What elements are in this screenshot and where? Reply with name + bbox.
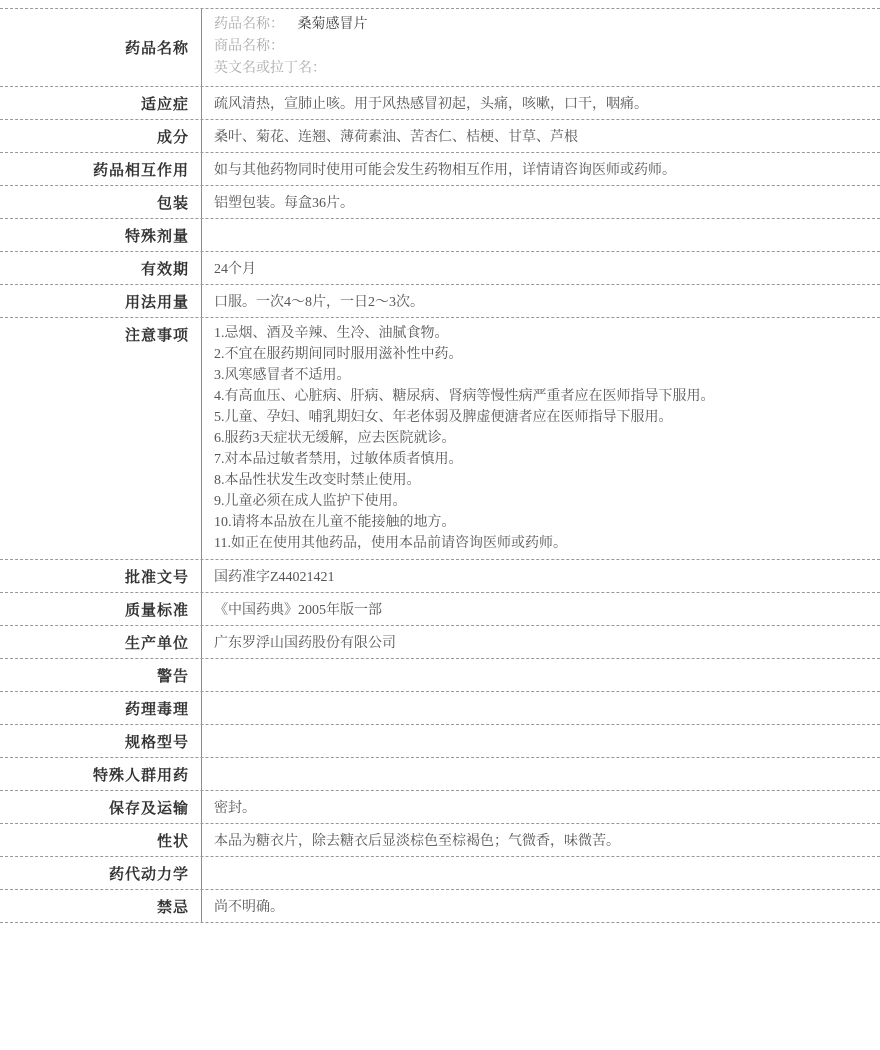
row-value: 24个月 — [202, 252, 880, 284]
notice-line: 2.不宜在服药期间同时服用滋补性中药。 — [214, 344, 870, 365]
row-label: 警告 — [0, 659, 202, 691]
table-row: 生产单位广东罗浮山国药股份有限公司 — [0, 625, 880, 658]
drug-name-value: 桑菊感冒片 — [298, 17, 368, 32]
row-value — [202, 659, 880, 691]
table-row: 特殊人群用药 — [0, 757, 880, 790]
notice-line: 5.儿童、孕妇、哺乳期妇女、年老体弱及脾虚便溏者应在医师指导下服用。 — [214, 407, 870, 428]
row-value: 《中国药典》2005年版一部 — [202, 593, 880, 625]
row-label: 质量标准 — [0, 593, 202, 625]
notice-line: 9.儿童必须在成人监护下使用。 — [214, 491, 870, 512]
row-value — [202, 219, 880, 251]
row-label: 生产单位 — [0, 626, 202, 658]
row-label: 特殊人群用药 — [0, 758, 202, 790]
row-label: 适应症 — [0, 87, 202, 119]
row-label: 成分 — [0, 120, 202, 152]
table-row: 警告 — [0, 658, 880, 691]
standard-rows: 适应症疏风清热，宣肺止咳。用于风热感冒初起，头痛，咳嗽，口干，咽痛。成分桑叶、菊… — [0, 86, 880, 922]
table-row: 特殊剂量 — [0, 218, 880, 251]
row-value: 药品名称： 桑菊感冒片 商品名称： 英文名或拉丁名： — [202, 9, 880, 86]
row-value: 桑叶、菊花、连翘、薄荷素油、苦杏仁、桔梗、甘草、芦根 — [202, 120, 880, 152]
row-value: 本品为糖衣片，除去糖衣后显淡棕色至棕褐色；气微香，味微苦。 — [202, 824, 880, 856]
drug-info-table: 药品名称 药品名称： 桑菊感冒片 商品名称： 英文名或拉丁名： 适应症疏风清热，… — [0, 8, 880, 923]
drug-name-line: 药品名称： 桑菊感冒片 — [214, 14, 870, 36]
table-row: 批准文号国药准字Z44021421 — [0, 559, 880, 592]
row-value — [202, 725, 880, 757]
table-row: 禁忌尚不明确。 — [0, 889, 880, 922]
notice-line: 3.风寒感冒者不适用。 — [214, 365, 870, 386]
row-label: 规格型号 — [0, 725, 202, 757]
table-row: 药代动力学 — [0, 856, 880, 889]
table-row: 质量标准《中国药典》2005年版一部 — [0, 592, 880, 625]
table-row: 保存及运输密封。 — [0, 790, 880, 823]
row-label: 有效期 — [0, 252, 202, 284]
row-value: 疏风清热，宣肺止咳。用于风热感冒初起，头痛，咳嗽，口干，咽痛。 — [202, 87, 880, 119]
table-row: 性状本品为糖衣片，除去糖衣后显淡棕色至棕褐色；气微香，味微苦。 — [0, 823, 880, 856]
latin-name-line: 英文名或拉丁名： — [214, 58, 870, 80]
notice-line: 8.本品性状发生改变时禁止使用。 — [214, 470, 870, 491]
row-value — [202, 758, 880, 790]
row-label: 药理毒理 — [0, 692, 202, 724]
table-row-drug-name: 药品名称 药品名称： 桑菊感冒片 商品名称： 英文名或拉丁名： — [0, 8, 880, 86]
row-label: 药品相互作用 — [0, 153, 202, 185]
row-label: 特殊剂量 — [0, 219, 202, 251]
row-label: 药代动力学 — [0, 857, 202, 889]
notice-line: 6.服药3天症状无缓解，应去医院就诊。 — [214, 428, 870, 449]
table-row: 成分桑叶、菊花、连翘、薄荷素油、苦杏仁、桔梗、甘草、芦根 — [0, 119, 880, 152]
notice-line: 1.忌烟、酒及辛辣、生冷、油腻食物。 — [214, 323, 870, 344]
row-value: 尚不明确。 — [202, 890, 880, 922]
notice-line: 4.有高血压、心脏病、肝病、糖尿病、肾病等慢性病严重者应在医师指导下服用。 — [214, 386, 870, 407]
row-value: 1.忌烟、酒及辛辣、生冷、油腻食物。2.不宜在服药期间同时服用滋补性中药。3.风… — [202, 318, 880, 559]
notice-line: 11.如正在使用其他药品，使用本品前请咨询医师或药师。 — [214, 533, 870, 554]
row-value: 密封。 — [202, 791, 880, 823]
row-value: 广东罗浮山国药股份有限公司 — [202, 626, 880, 658]
row-value: 国药准字Z44021421 — [202, 560, 880, 592]
table-row: 注意事项1.忌烟、酒及辛辣、生冷、油腻食物。2.不宜在服药期间同时服用滋补性中药… — [0, 317, 880, 559]
notice-line: 10.请将本品放在儿童不能接触的地方。 — [214, 512, 870, 533]
row-value — [202, 857, 880, 889]
row-value: 口服。一次4～8片，一日2～3次。 — [202, 285, 880, 317]
row-value: 如与其他药物同时使用可能会发生药物相互作用，详情请咨询医师或药师。 — [202, 153, 880, 185]
table-row: 用法用量口服。一次4～8片，一日2～3次。 — [0, 284, 880, 317]
row-label: 用法用量 — [0, 285, 202, 317]
table-row: 规格型号 — [0, 724, 880, 757]
row-label: 注意事项 — [0, 318, 202, 559]
trade-name-line: 商品名称： — [214, 36, 870, 58]
row-value: 铝塑包装。每盒36片。 — [202, 186, 880, 218]
row-label: 药品名称 — [0, 9, 202, 86]
table-row: 适应症疏风清热，宣肺止咳。用于风热感冒初起，头痛，咳嗽，口干，咽痛。 — [0, 86, 880, 119]
row-label: 禁忌 — [0, 890, 202, 922]
notice-line: 7.对本品过敏者禁用，过敏体质者慎用。 — [214, 449, 870, 470]
row-label: 性状 — [0, 824, 202, 856]
row-value — [202, 692, 880, 724]
row-label: 保存及运输 — [0, 791, 202, 823]
table-row: 药品相互作用如与其他药物同时使用可能会发生药物相互作用，详情请咨询医师或药师。 — [0, 152, 880, 185]
table-row: 药理毒理 — [0, 691, 880, 724]
row-label: 批准文号 — [0, 560, 202, 592]
row-label: 包装 — [0, 186, 202, 218]
table-row: 包装铝塑包装。每盒36片。 — [0, 185, 880, 218]
table-row: 有效期24个月 — [0, 251, 880, 284]
drug-name-prefix: 药品名称： — [214, 17, 284, 32]
